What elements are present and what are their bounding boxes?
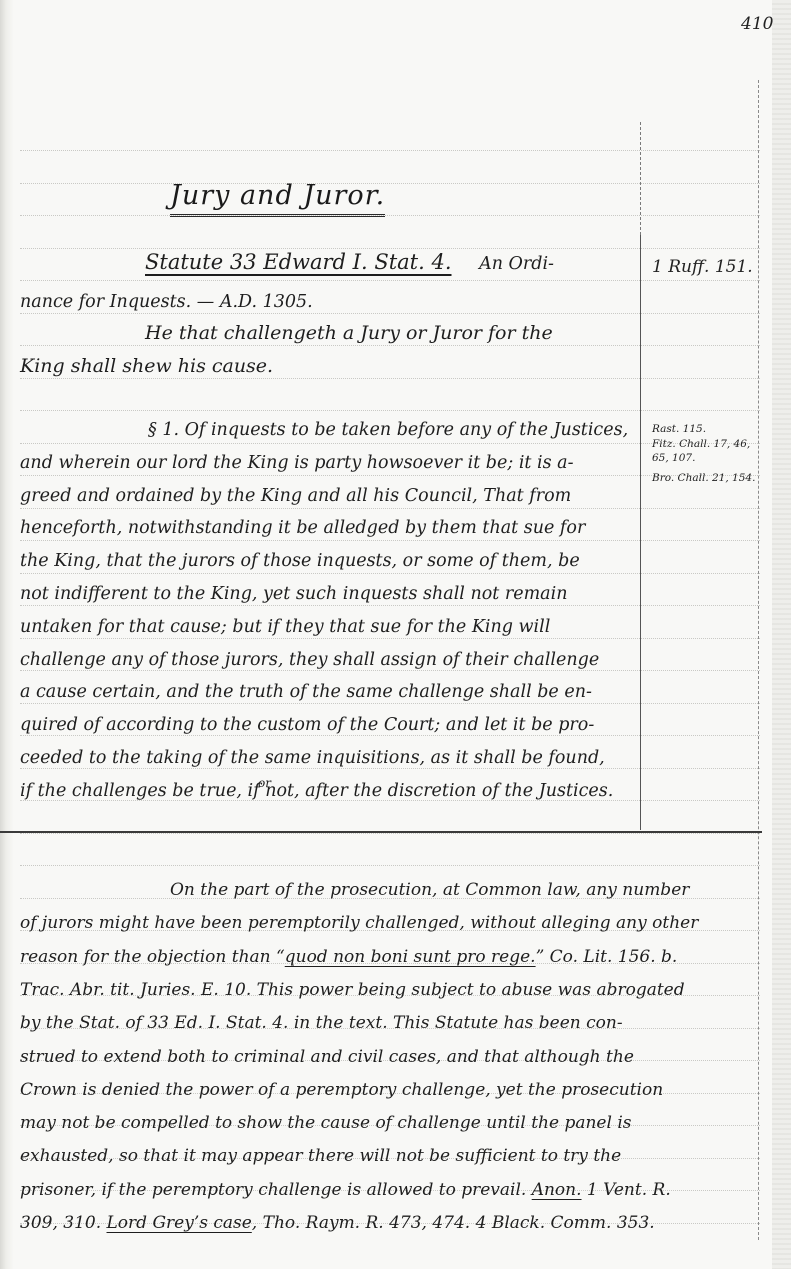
section-1-line: § 1. Of inquests to be taken before any … (148, 420, 628, 440)
commentary-text-span: 1 Vent. R. (582, 1180, 671, 1200)
commentary-text-span: Crown is denied the power of a peremptor… (20, 1080, 663, 1100)
ruled-line (20, 443, 760, 444)
ruled-line (20, 410, 760, 411)
statute-heading-tail: An Ordi- (479, 254, 554, 274)
commentary-text-span: by the Stat. of 33 Ed. I. Stat. 4. in th… (20, 1013, 623, 1033)
section-1-line: and wherein our lord the King is party h… (20, 453, 574, 473)
commentary-line: 309, 310. Lord Grey’s case, Tho. Raym. R… (20, 1213, 655, 1233)
commentary-text-span: exhausted, so that it may appear there w… (20, 1146, 621, 1166)
section-1-line: henceforth, notwithstanding it be alledg… (20, 518, 585, 538)
section-1-line: ceeded to the taking of the same inquisi… (20, 748, 605, 768)
margin-note-fitz-cont: 65, 107. (652, 452, 695, 465)
ruled-line (20, 638, 760, 639)
ruled-line (20, 215, 760, 216)
ruled-line (20, 540, 760, 541)
commentary-line: reason for the objection than “quod non … (20, 947, 677, 967)
manuscript-page: 410 Jury and Juror. Statute 33 Edward I.… (0, 0, 791, 1269)
ruled-line (20, 768, 760, 769)
ruled-line (20, 670, 760, 671)
commentary-text-span: may not be compelled to show the cause o… (20, 1113, 632, 1133)
page-title: Jury and Juror. (170, 180, 385, 217)
commentary-line: exhausted, so that it may appear there w… (20, 1146, 621, 1166)
ruled-line (20, 573, 760, 574)
ruled-line (20, 313, 760, 314)
ruled-line (20, 508, 760, 509)
commentary-text-span: reason for the objection than “ (20, 947, 285, 967)
commentary-text-span: strued to extend both to criminal and ci… (20, 1047, 634, 1067)
ruled-line (20, 865, 760, 866)
underlined-citation: Anon. (532, 1180, 582, 1200)
commentary-text-span: ” Co. Lit. 156. b. (536, 947, 678, 967)
page-edge-shadow (772, 0, 791, 1269)
section-1-line: quired of according to the custom of the… (20, 715, 594, 735)
underlined-citation: quod non boni sunt pro rege. (285, 947, 536, 967)
ruled-line (20, 150, 760, 151)
ruled-line (20, 735, 760, 736)
ruled-line (20, 703, 760, 704)
statute-summary-2: King shall shew his cause. (20, 355, 273, 377)
commentary-text-span: prisoner, if the peremptory challenge is… (20, 1180, 532, 1200)
commentary-line: Crown is denied the power of a peremptor… (20, 1080, 663, 1100)
underlined-citation: Lord Grey’s case (107, 1213, 252, 1233)
commentary-text-span: On the part of the prosecution, at Commo… (170, 880, 689, 900)
page-number: 410 (741, 14, 773, 34)
statute-summary-1: He that challengeth a Jury or Juror for … (145, 322, 553, 344)
ruled-line (20, 345, 760, 346)
commentary-text-span: 309, 310. (20, 1213, 107, 1233)
section-1-line: not indifferent to the King, yet such in… (20, 584, 567, 604)
commentary-line: Trac. Abr. tit. Juries. E. 10. This powe… (20, 980, 685, 1000)
margin-note-rast: Rast. 115. (652, 423, 706, 436)
statute-heading-line: Statute 33 Edward I. Stat. 4. An Ordi- (145, 250, 554, 274)
commentary-line: of jurors might have been peremptorily c… (20, 913, 698, 933)
statute-heading: Statute 33 Edward I. Stat. 4. (145, 250, 452, 274)
ruled-line (20, 183, 760, 184)
section-1-line: the King, that the jurors of those inque… (20, 551, 580, 571)
section-divider (0, 831, 762, 833)
right-rule (758, 80, 759, 1240)
commentary-line: prisoner, if the peremptory challenge is… (20, 1180, 671, 1200)
section-1-line: challenge any of those jurors, they shal… (20, 650, 599, 670)
commentary-line: may not be compelled to show the cause o… (20, 1113, 632, 1133)
section-1-line: if the challenges be true, if not, after… (20, 781, 613, 801)
section-1-line: untaken for that cause; but if they that… (20, 617, 550, 637)
commentary-line: strued to extend both to criminal and ci… (20, 1047, 634, 1067)
section-1-line: greed and ordained by the King and all h… (20, 486, 571, 506)
ruled-line (20, 475, 760, 476)
commentary-line: by the Stat. of 33 Ed. I. Stat. 4. in th… (20, 1013, 623, 1033)
interlinear-insertion: or (258, 776, 271, 790)
margin-rule-solid (640, 235, 641, 830)
commentary-text-span: of jurors might have been peremptorily c… (20, 913, 698, 933)
ruled-line (20, 378, 760, 379)
statute-line-2: nance for Inquests. — A.D. 1305. (20, 292, 313, 312)
margin-note-ruff: 1 Ruff. 151. (652, 257, 753, 277)
margin-note-fitz: Fitz. Chall. 17, 46, (652, 438, 750, 451)
ruled-line (20, 248, 760, 249)
ruled-line (20, 833, 760, 834)
section-1-line: a cause certain, and the truth of the sa… (20, 682, 592, 702)
commentary-text-span: , Tho. Raym. R. 473, 474. 4 Black. Comm.… (252, 1213, 655, 1233)
ruled-line (20, 280, 760, 281)
commentary-text-span: Trac. Abr. tit. Juries. E. 10. This powe… (20, 980, 685, 1000)
ruled-line (20, 605, 760, 606)
commentary-line: On the part of the prosecution, at Commo… (170, 880, 689, 900)
margin-note-bro: Bro. Chall. 21, 154. (652, 472, 755, 485)
